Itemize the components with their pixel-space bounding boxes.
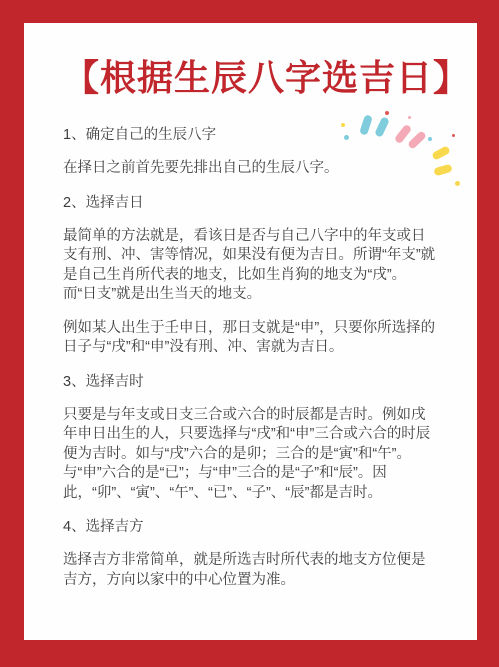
section-1: 1、确定自己的生辰八字 在择日之前首先要先排出自己的生辰八字。 [63, 125, 437, 179]
section-1-paragraph-1: 在择日之前首先要先排出自己的生辰八字。 [63, 159, 437, 179]
section-4: 4、选择吉方 选择吉方非常简单，就是所选吉时所代表的地支方位便是吉方，方向以家中… [63, 517, 437, 590]
content-panel: 【根据生辰八字选吉日】 1、确定自己的生辰八字 在择日之前首先要先排出自己的生辰… [24, 23, 477, 640]
poster-background: { "poster": { "title": "【根据生辰八字选吉日】", "s… [0, 0, 499, 667]
section-2-paragraph-1: 最简单的方法就是，看该日是否与自己八字中的年支或日支有刑、冲、害等情况，如果没有… [63, 227, 437, 305]
section-3-paragraph-1: 只要是与年支或日支三合或六合的时辰都是吉时。例如戌年申日出生的人，只要选择与“戌… [63, 406, 437, 504]
section-1-heading: 1、确定自己的生辰八字 [63, 125, 437, 145]
section-3-heading: 3、选择吉时 [63, 372, 437, 392]
section-4-paragraph-1: 选择吉方非常简单，就是所选吉时所代表的地支方位便是吉方，方向以家中的中心位置为准… [63, 551, 437, 590]
section-2-heading: 2、选择吉日 [63, 193, 437, 213]
page-title: 【根据生辰八字选吉日】 [63, 56, 437, 99]
section-3: 3、选择吉时 只要是与年支或日支三合或六合的时辰都是吉时。例如戌年申日出生的人，… [63, 372, 437, 504]
section-2: 2、选择吉日 最简单的方法就是，看该日是否与自己八字中的年支或日支有刑、冲、害等… [63, 193, 437, 358]
section-4-heading: 4、选择吉方 [63, 517, 437, 537]
section-2-paragraph-2: 例如某人出生于壬申日，那日支就是“申”，只要你所选择的日子与“戌”和“申”没有刑… [63, 319, 437, 358]
